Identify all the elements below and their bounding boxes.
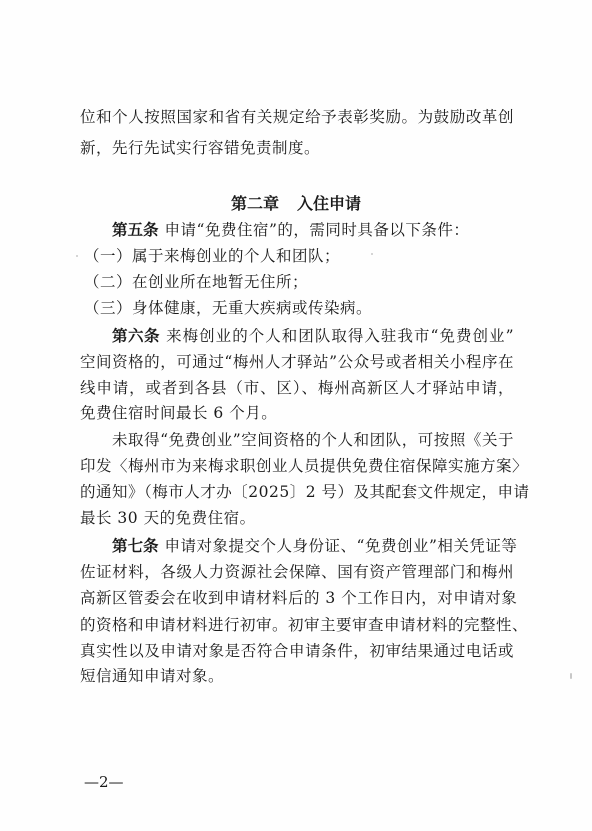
article-7-line-3: 高新区管委会在收到申请材料后的 3 个工作日内，对申请对象	[80, 586, 514, 610]
chapter-number: 第二章	[231, 194, 279, 213]
article-7-line-1: 第七条申请对象提交个人身份证、“免费创业”相关凭证等	[112, 534, 514, 558]
article-7-line-4: 的资格和申请材料进行初审。初审主要审查申请材料的完整性、	[80, 613, 514, 637]
article-5-item-3: （三）身体健康，无重大疾病或传染病。	[84, 296, 514, 320]
article-6-para2-line-3: 的通知》（梅市人才办〔2025〕2 号）及其配套文件规定，申请	[80, 480, 514, 504]
article-5-item-1: （一）属于来梅创业的个人和团队；	[84, 244, 514, 268]
chapter-title: 入住申请	[297, 194, 361, 213]
scan-speck	[76, 255, 78, 257]
article-6-line-1: 第六条来梅创业的个人和团队取得入驻我市“免费创业”	[112, 324, 514, 348]
intro-line-1: 位和个人按照国家和省有关规定给予表彰奖励。为鼓励改革创	[80, 105, 514, 129]
article-5-label: 第五条	[112, 221, 159, 239]
article-6-line-2: 空间资格的，可通过“梅州人才驿站”公众号或者相关小程序在	[80, 350, 514, 374]
article-5-line-1: 第五条申请“免费住宿”的，需同时具备以下条件：	[112, 218, 514, 242]
intro-line-2: 新，先行先试实行容错免责制度。	[80, 136, 514, 160]
article-7-label: 第七条	[112, 537, 159, 555]
article-5-text: 申请“免费住宿”的，需同时具备以下条件：	[165, 221, 470, 239]
article-5-item-2: （二）在创业所在地暂无住所；	[84, 270, 514, 294]
article-6-line-3: 线申请，或者到各县（市、区）、梅州高新区人才驿站申请，	[80, 376, 514, 400]
article-6-line-4: 免费住宿时间最长 6 个月。	[80, 401, 514, 425]
scan-speck	[371, 253, 373, 255]
article-7-text-1: 申请对象提交个人身份证、“免费创业”相关凭证等	[165, 537, 518, 555]
document-page: 位和个人按照国家和省有关规定给予表彰奖励。为鼓励改革创 新，先行先试实行容错免责…	[0, 0, 592, 831]
article-7-line-5: 真实性以及申请对象是否符合申请条件，初审结果通过电话或	[80, 639, 514, 663]
page-number: —2—	[84, 772, 124, 792]
article-6-para2-line-1: 未取得“免费创业”空间资格的个人和团队，可按照《关于	[112, 428, 514, 452]
article-7-line-6: 短信通知申请对象。	[80, 664, 514, 688]
chapter-heading: 第二章入住申请	[0, 192, 592, 216]
article-6-text-1: 来梅创业的个人和团队取得入驻我市“免费创业”	[166, 327, 514, 345]
article-6-para2-line-2: 印发〈梅州市为来梅求职创业人员提供免费住宿保障实施方案〉	[80, 454, 514, 478]
article-6-para2-line-4: 最长 30 天的免费住宿。	[80, 506, 514, 530]
scan-speck	[570, 673, 572, 679]
article-6-label: 第六条	[112, 327, 160, 345]
article-7-line-2: 佐证材料，各级人力资源社会保障、国有资产管理部门和梅州	[80, 560, 514, 584]
